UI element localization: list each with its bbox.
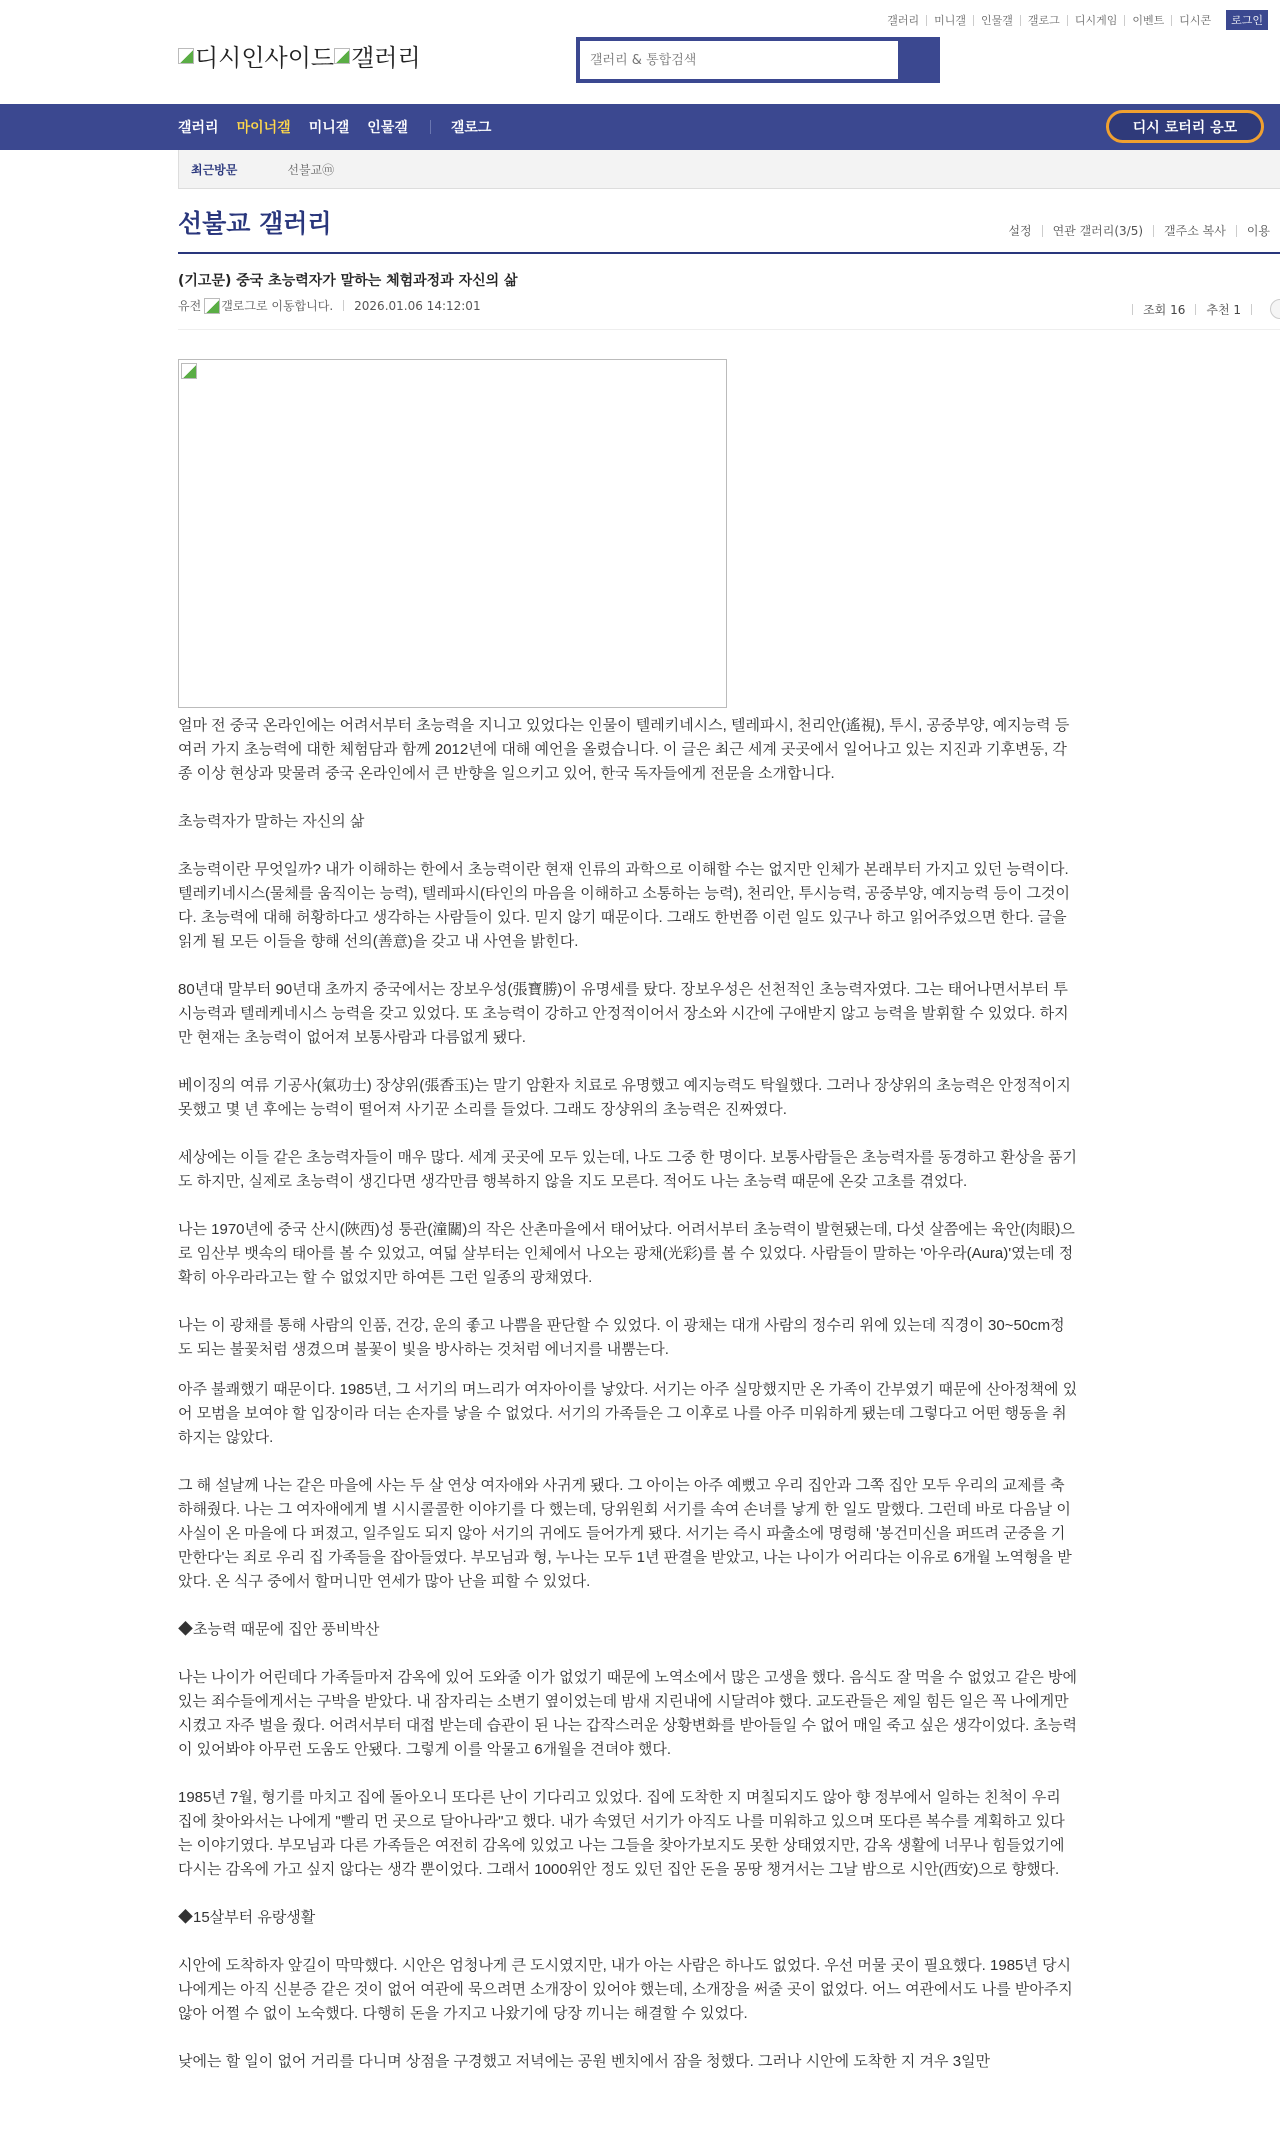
usage-link[interactable]: 이용 xyxy=(1236,225,1280,237)
article-body: 얼마 전 중국 온라인에는 어려서부터 초능력을 지니고 있었다는 인물이 텔레… xyxy=(178,714,1078,2098)
post-divider xyxy=(178,329,1280,330)
util-link-dccon[interactable]: 디시콘 xyxy=(1171,15,1218,26)
article-paragraph: 나는 1970년에 중국 산시(陜西)성 퉁관(潼關)의 작은 산촌마을에서 태… xyxy=(178,1218,1078,1290)
search-button[interactable] xyxy=(898,41,936,79)
search-box xyxy=(576,37,940,83)
nav-divider xyxy=(430,120,431,134)
title-divider xyxy=(178,252,1280,254)
article-paragraph: 낮에는 할 일이 없어 거리를 다니며 상점을 구경했고 저녁에는 공원 벤치에… xyxy=(178,2050,1078,2074)
post-title: (기고문) 중국 초능력자가 말하는 체험과정과 자신의 삶 xyxy=(178,270,518,290)
broken-image-icon xyxy=(181,363,197,379)
util-link-gallog[interactable]: 갤로그 xyxy=(1020,15,1067,26)
util-link-persongall[interactable]: 인물갤 xyxy=(973,15,1020,26)
recent-visits-label: 최근방문 xyxy=(191,161,237,178)
broken-image-icon xyxy=(178,48,194,64)
article-paragraph: 그 해 설날께 나는 같은 마을에 사는 두 살 연상 여자애와 사귀게 됐다.… xyxy=(178,1474,1078,1594)
stats-divider xyxy=(1251,304,1252,315)
nav-mini-gallery[interactable]: 미니갤 xyxy=(309,117,350,137)
copy-address-link[interactable]: 갤주소 복사 xyxy=(1153,225,1236,237)
logo-alt-gallery: 갤러리 xyxy=(351,38,421,73)
article-subheading: ◆초능력 때문에 집안 풍비박산 xyxy=(178,1618,1078,1642)
article-paragraph: 1985년 7월, 형기를 마치고 집에 돌아오니 또다른 난이 기다리고 있었… xyxy=(178,1786,1078,1882)
gallery-links: 설정 연관 갤러리(3/5) 갤주소 복사 이용 xyxy=(998,225,1280,237)
article-paragraph: 초능력이란 무엇일까? 내가 이해하는 한에서 초능력이란 현재 인류의 과학으… xyxy=(178,858,1078,954)
related-galleries-link[interactable]: 연관 갤러리(3/5) xyxy=(1042,225,1153,237)
view-count: 조회 16 xyxy=(1143,301,1185,318)
article-paragraph: 시안에 도착하자 앞길이 막막했다. 시안은 엄청나게 큰 도시였지만, 내가 … xyxy=(178,1954,1078,2026)
util-link-minigall[interactable]: 미니갤 xyxy=(926,15,973,26)
post-author[interactable]: 유전 xyxy=(178,297,201,314)
login-button[interactable]: 로그인 xyxy=(1226,10,1268,30)
article-paragraph: 세상에는 이들 같은 초능력자들이 매우 많다. 세계 곳곳에 모두 있는데, … xyxy=(178,1146,1078,1194)
settings-link[interactable]: 설정 xyxy=(998,225,1041,237)
article-paragraph: 나는 이 광채를 통해 사람의 인품, 건강, 운의 좋고 나쁨을 판단할 수 … xyxy=(178,1314,1078,1362)
util-link-dcgame[interactable]: 디시게임 xyxy=(1067,15,1125,26)
site-logo[interactable]: 디시인사이드 갤러리 xyxy=(178,38,421,73)
article-paragraph: 얼마 전 중국 온라인에는 어려서부터 초능력을 지니고 있었다는 인물이 텔레… xyxy=(178,714,1078,786)
post-date: 2026.01.06 14:12:01 xyxy=(354,299,480,313)
article-paragraph: 베이징의 여류 기공사(氣功士) 장샹위(張香玉)는 말기 암환자 치료로 유명… xyxy=(178,1074,1078,1122)
comment-circle-button[interactable] xyxy=(1270,299,1280,319)
stats-divider xyxy=(1132,304,1133,315)
nav-person-gallery[interactable]: 인물갤 xyxy=(367,117,408,137)
recent-visit-item[interactable]: 선불교ⓜ xyxy=(287,161,334,178)
post-meta: 유전 갤로그로 이동합니다. 2026.01.06 14:12:01 xyxy=(178,297,481,314)
article-paragraph: 80년대 말부터 90년대 초까지 중국에서는 장보우성(張寶勝)이 유명세를 … xyxy=(178,978,1078,1050)
nav-minor-gallery[interactable]: 마이너갤 xyxy=(237,117,291,137)
gallog-alt-text[interactable]: 갤로그로 이동합니다. xyxy=(221,297,333,314)
nav-gallog[interactable]: 갤로그 xyxy=(451,117,492,137)
main-navigation: 갤러리 마이너갤 미니갤 인물갤 갤로그 디시 로터리 응모 xyxy=(0,104,1280,150)
gallery-title[interactable]: 선불교 갤러리 xyxy=(178,204,332,240)
nav-gallery[interactable]: 갤러리 xyxy=(178,117,219,137)
util-link-gallery[interactable]: 갤러리 xyxy=(880,15,926,26)
top-utility-bar: 갤러리 미니갤 인물갤 갤로그 디시게임 이벤트 디시콘 로그인 xyxy=(880,10,1268,30)
article-subheading: ◆15살부터 유랑생활 xyxy=(178,1906,1078,1930)
article-subheading: 초능력자가 말하는 자신의 삶 xyxy=(178,810,1078,834)
lottery-button[interactable]: 디시 로터리 응모 xyxy=(1106,110,1264,143)
article-paragraph: 나는 나이가 어린데다 가족들마저 감옥에 있어 도와줄 이가 없었기 때문에 … xyxy=(178,1666,1078,1762)
recent-visits-bar: 최근방문 선불교ⓜ xyxy=(178,150,1280,189)
search-input[interactable] xyxy=(580,41,898,79)
util-link-event[interactable]: 이벤트 xyxy=(1124,15,1171,26)
header: 디시인사이드 갤러리 xyxy=(178,38,421,73)
stats-divider xyxy=(1195,304,1196,315)
logo-alt-dcinside: 디시인사이드 xyxy=(195,38,334,73)
gallog-icon[interactable] xyxy=(204,298,220,314)
meta-divider xyxy=(343,300,344,311)
article-paragraph-clipped: 아주 불쾌했기 때문이다. 1985년, 그 서기의 며느리가 여자아이를 낳았… xyxy=(178,1378,1078,1450)
post-stats: 조회 16 추천 1 xyxy=(1122,299,1280,319)
broken-image-icon xyxy=(334,48,350,64)
post-image-placeholder[interactable] xyxy=(178,359,727,708)
recommend-count: 추천 1 xyxy=(1206,301,1241,318)
